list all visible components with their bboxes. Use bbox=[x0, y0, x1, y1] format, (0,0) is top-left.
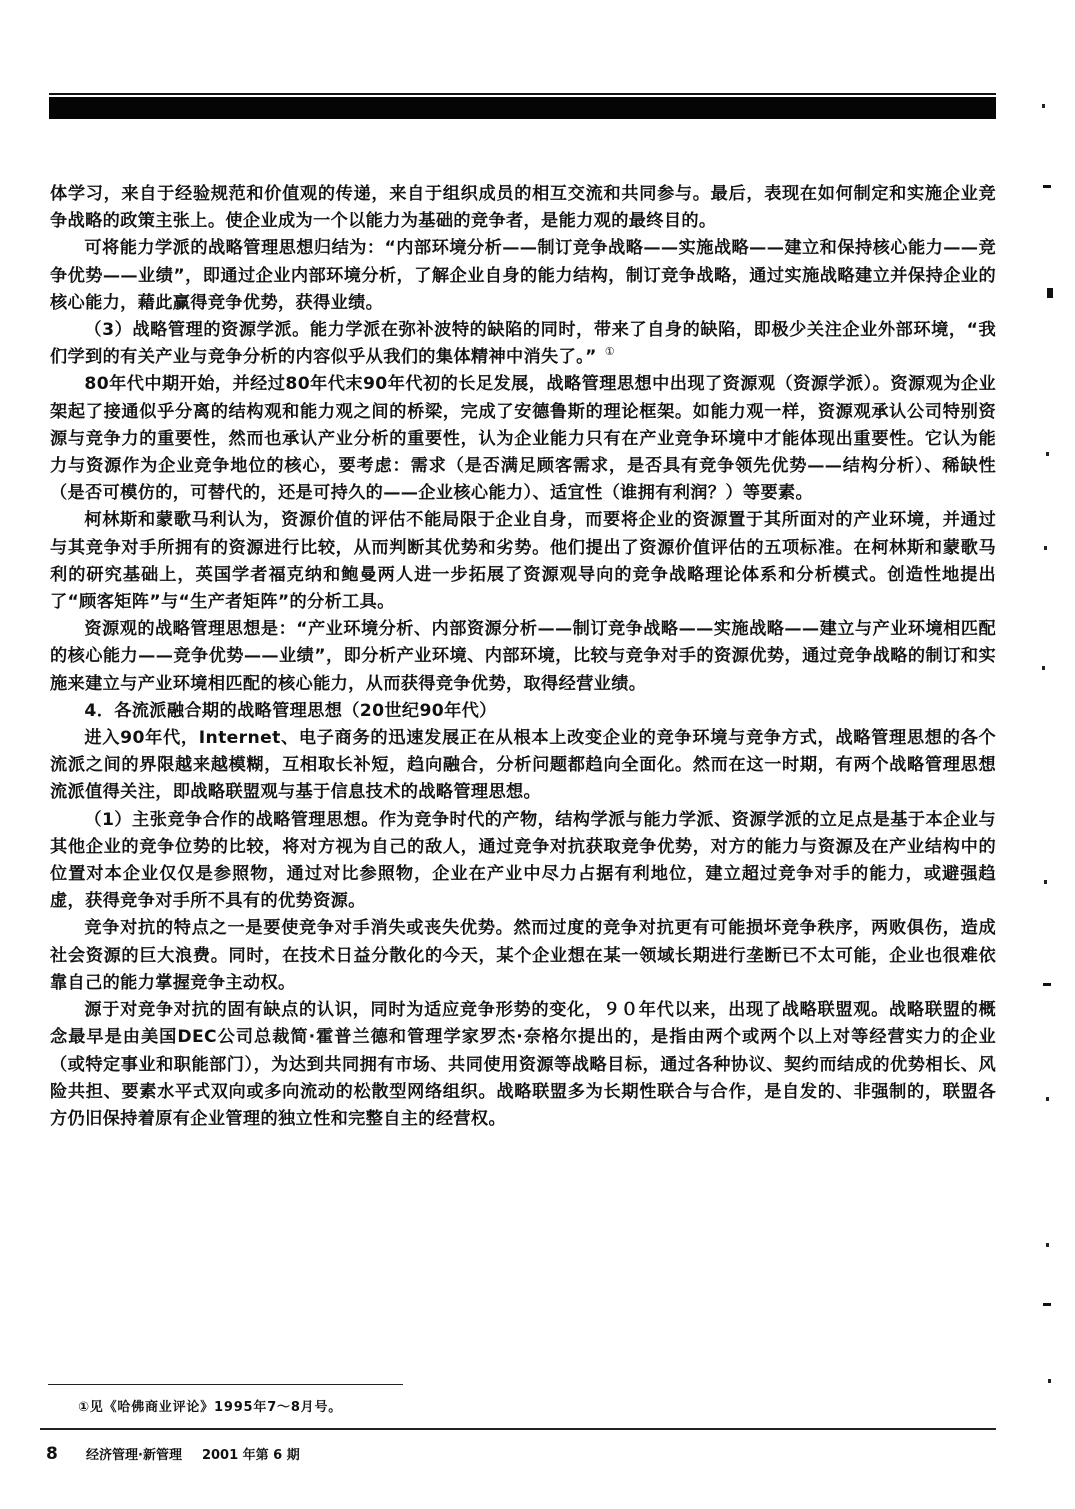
paragraph: 资源观的战略管理思想是：“产业环境分析、内部资源分析——制订竞争战略——实施战略… bbox=[50, 616, 996, 698]
paragraph: 80年代中期开始，并经过80年代末90年代初的长足发展，战略管理思想中出现了资源… bbox=[50, 371, 996, 507]
margin-mark bbox=[1043, 983, 1051, 986]
section-heading: 4．各流派融合期的战略管理思想（20世纪90年代） bbox=[50, 698, 996, 725]
margin-dot bbox=[1044, 546, 1047, 550]
margin-mark bbox=[1043, 1303, 1051, 1306]
page-footer: 8 经济管理·新管理 2001 年第 6 期 bbox=[46, 1444, 300, 1464]
paragraph: 柯林斯和蒙歌马利认为，资源价值的评估不能局限于企业自身，而要将企业的资源置于其所… bbox=[50, 507, 996, 616]
issue-label: 2001 年第 6 期 bbox=[202, 1444, 300, 1463]
margin-dot bbox=[1042, 104, 1045, 108]
margin-mark bbox=[1047, 288, 1053, 298]
margin-dot bbox=[1046, 1243, 1049, 1247]
paragraph: 进入90年代，Internet、电子商务的迅速发展正在从根本上改变企业的竞争环境… bbox=[50, 725, 996, 807]
footnote: ①见《哈佛商业评论》1995年7～8月号。 bbox=[78, 1396, 342, 1415]
paragraph: （1）主张竞争合作的战略管理思想。作为竞争时代的产物，结构学派与能力学派、资源学… bbox=[50, 807, 996, 916]
paragraph: 可将能力学派的战略管理思想归结为：“内部环境分析——制订竞争战略——实施战略——… bbox=[50, 235, 996, 317]
paragraph: 体学习，来自于经验规范和价值观的传递，来自于组织成员的相互交流和共同参与。最后，… bbox=[50, 181, 996, 235]
paragraph: 竞争对抗的特点之一是要使竞争对手消失或丧失优势。然而过度的竞争对抗更有可能损坏竞… bbox=[50, 915, 996, 997]
header-banner bbox=[49, 97, 996, 119]
footnote-divider bbox=[48, 1384, 403, 1385]
paragraph-resource-school: （3）战略管理的资源学派。能力学派在弥补波特的缺陷的同时，带来了自身的缺陷，即极… bbox=[50, 317, 996, 371]
footnote-reference[interactable]: ① bbox=[605, 345, 615, 358]
article-body: 体学习，来自于经验规范和价值观的传递，来自于组织成员的相互交流和共同参与。最后，… bbox=[50, 181, 996, 1133]
footer-divider bbox=[40, 1428, 996, 1430]
journal-name: 经济管理·新管理 bbox=[86, 1444, 182, 1463]
paragraph: 源于对竞争对抗的固有缺点的认识，同时为适应竞争形势的变化，９０年代以来，出现了战… bbox=[50, 997, 996, 1133]
margin-dot bbox=[1042, 666, 1045, 670]
margin-dot bbox=[1046, 452, 1049, 456]
margin-dot bbox=[1046, 1097, 1049, 1101]
margin-dot bbox=[1048, 1379, 1051, 1383]
margin-dot bbox=[1044, 880, 1047, 884]
margin-mark bbox=[1043, 185, 1051, 188]
paragraph-text: （3）战略管理的资源学派。能力学派在弥补波特的缺陷的同时，带来了自身的缺陷，即极… bbox=[50, 320, 996, 367]
page-number: 8 bbox=[46, 1444, 66, 1464]
header-rule bbox=[49, 93, 996, 95]
